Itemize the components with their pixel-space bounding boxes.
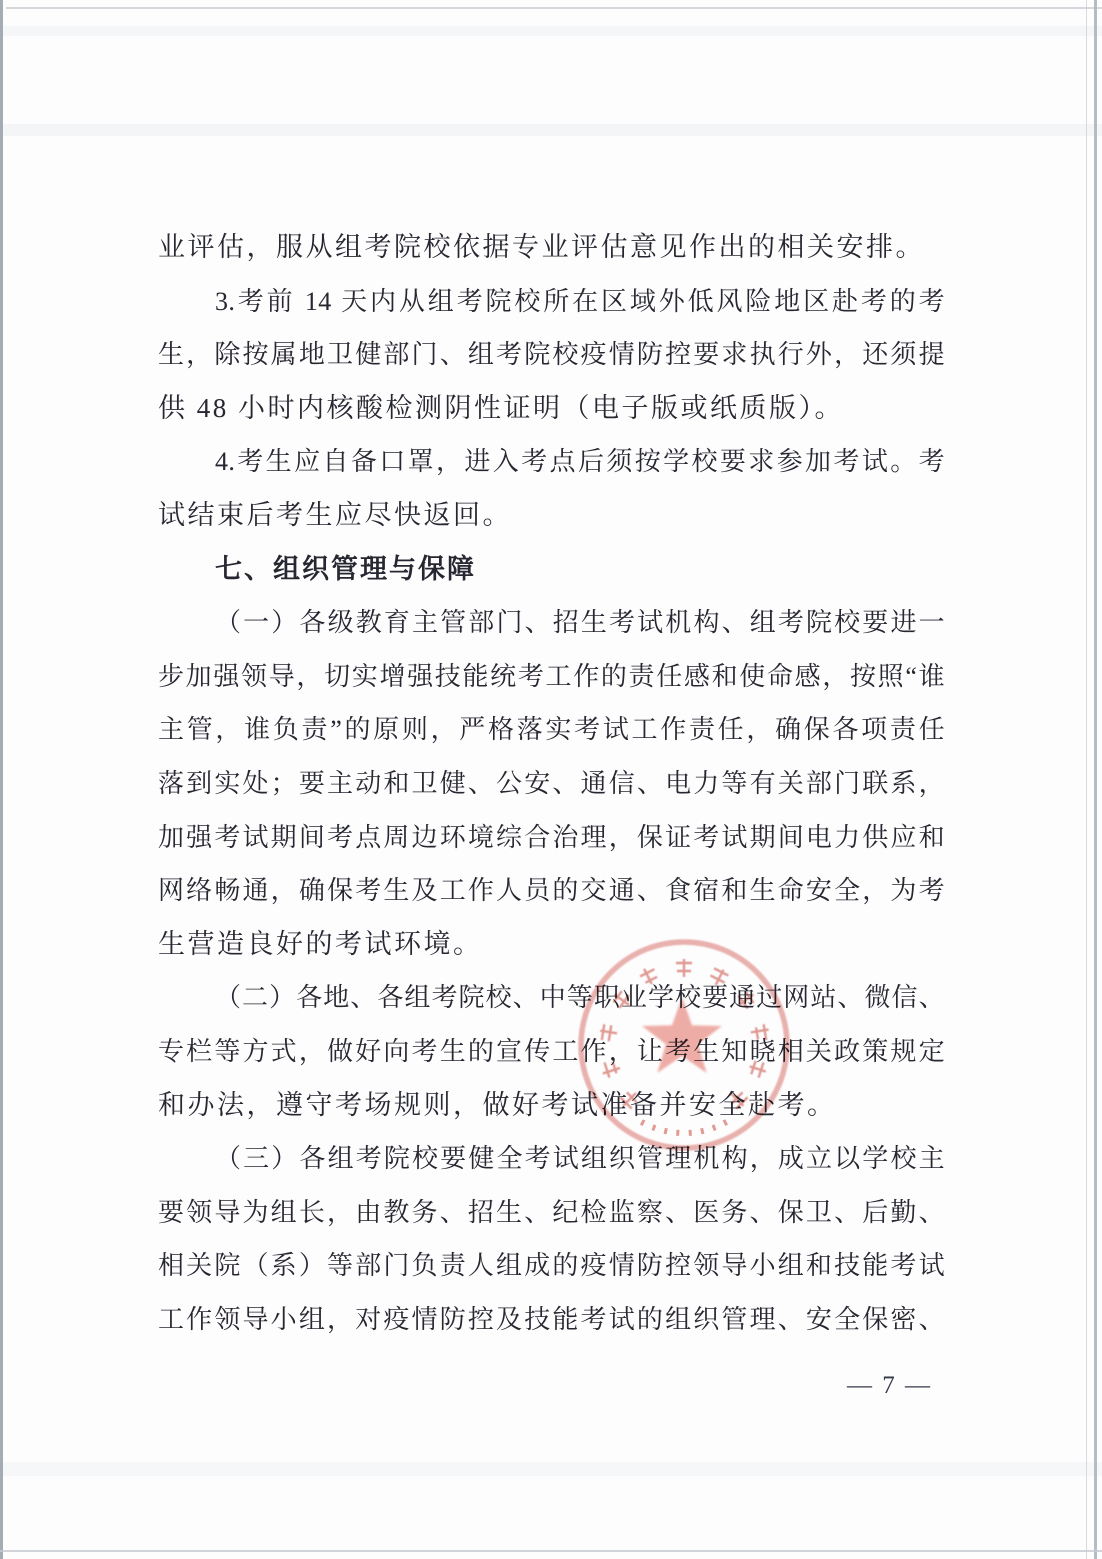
text-line: 主管，谁负责”的原则，严格落实考试工作责任，确保各项责任 [158,703,945,757]
text-line: （二）各地、各组考院校、中等职业学校要通过网站、微信、 [158,971,945,1025]
text-line: 加强考试期间考点周边环境综合治理，保证考试期间电力供应和 [158,811,945,865]
text-line: 专栏等方式，做好向考生的宣传工作，让考生知晓相关政策规定 [158,1025,945,1079]
text-line: 相关院（系）等部门负责人组成的疫情防控领导小组和技能考试 [158,1239,945,1293]
text-line: 4.考生应自备口罩，进入考点后须按学校要求参加考试。考 [158,435,945,489]
page-number: — 7 — [847,1372,932,1400]
text-line: 供 48 小时内核酸检测阴性证明（电子版或纸质版）。 [158,382,945,436]
scan-edge-right [1086,0,1087,1559]
section-heading: 七、组织管理与保障 [158,543,945,597]
scan-streak [0,1462,1102,1476]
scan-streak [0,124,1102,136]
text-line: 落到实处；要主动和卫健、公安、通信、电力等有关部门联系， [158,757,945,811]
text-line: 3.考前 14 天内从组考院校所在区域外低风险地区赴考的考 [158,275,945,329]
text-line: 要领导为组长，由教务、招生、纪检监察、医务、保卫、后勤、 [158,1186,945,1240]
text-line: 网络畅通，确保考生及工作人员的交通、食宿和生命安全，为考 [158,864,945,918]
scan-edge-right [1094,0,1097,1559]
text-line: 业评估，服从组考院校依据专业评估意见作出的相关安排。 [158,221,945,275]
text-line: 和办法，遵守考场规则，做好考试准备并安全赴考。 [158,1079,945,1133]
text-line: （三）各组考院校要健全考试组织管理机构，成立以学校主 [158,1132,945,1186]
scan-streak [0,26,1102,36]
text-line: 生，除按属地卫健部门、组考院校疫情防控要求执行外，还须提 [158,328,945,382]
text-line: （一）各级教育主管部门、招生考试机构、组考院校要进一 [158,596,945,650]
text-line: 步加强领导，切实增强技能统考工作的责任感和使命感，按照“谁 [158,650,945,704]
scan-edge-bottom [0,1550,1102,1552]
document-text-block: 业评估，服从组考院校依据专业评估意见作出的相关安排。 3.考前 14 天内从组考… [158,221,945,1346]
text-line: 生营造良好的考试环境。 [158,918,945,972]
scan-edge-left [0,0,3,1559]
scan-edge-top [6,7,1102,9]
text-line: 试结束后考生应尽快返回。 [158,489,945,543]
text-line: 工作领导小组，对疫情防控及技能考试的组织管理、安全保密、 [158,1293,945,1347]
